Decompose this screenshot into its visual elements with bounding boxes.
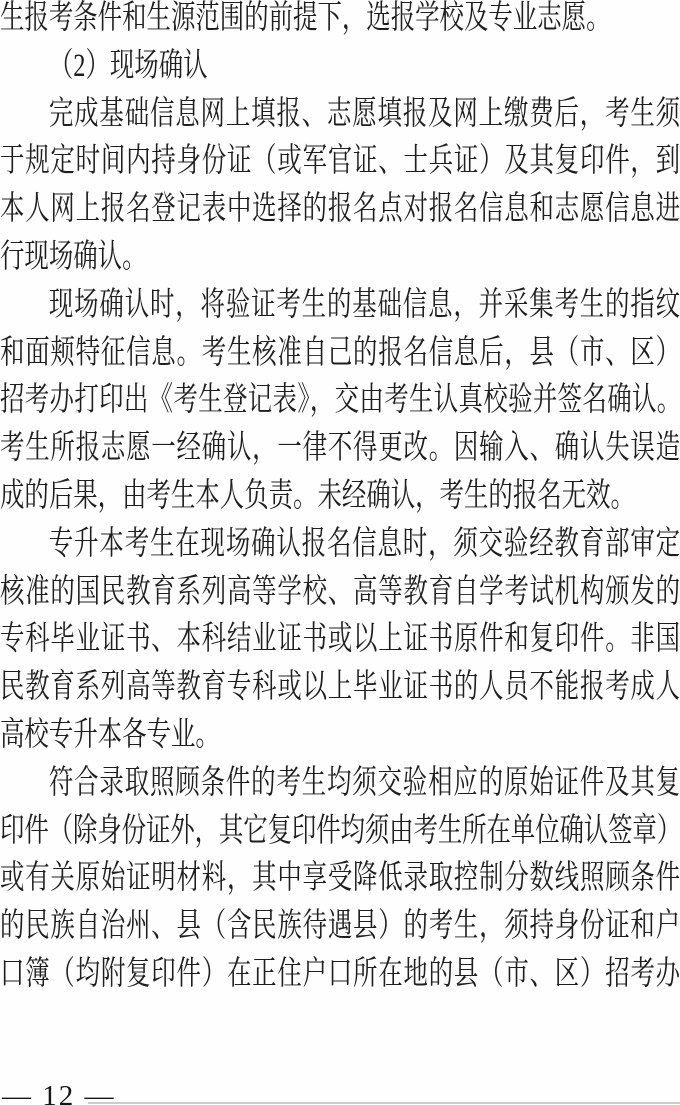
text-line: 于规定时间内持身份证（或军官证、士兵证）及其复印件，到 [0, 138, 680, 186]
text-line: 印件（除身份证外，其它复印件均须由考生所在单位确认签章） [0, 808, 680, 856]
text-line: 专升本考生在现场确认报名信息时，须交验经教育部审定 [0, 521, 680, 569]
document-page-text-block: 生报考条件和生源范围的前提下，选报学校及专业志愿。 （2）现场确认 完成基础信息… [0, 0, 680, 999]
text-line: 成的后果，由考生本人负责。未经确认，考生的报名无效。 [0, 473, 680, 521]
text-line: 符合录取照顾条件的考生均须交验相应的原始证件及其复 [0, 760, 680, 808]
section-heading: （2）现场确认 [0, 43, 680, 91]
text-line: 核准的国民教育系列高等学校、高等教育自学考试机构颁发的 [0, 569, 680, 617]
text-line: 专科毕业证书、本科结业证书或以上证书原件和复印件。非国 [0, 616, 680, 664]
text-line: 或有关原始证明材料，其中享受降低录取控制分数线照顾条件 [0, 855, 680, 903]
text-line: 现场确认时，将验证考生的基础信息，并采集考生的指纹 [0, 282, 680, 330]
text-line: 民教育系列高等教育专科或以上毕业证书的人员不能报考成人 [0, 664, 680, 712]
text-line: 考生所报志愿一经确认，一律不得更改。因输入、确认失误造 [0, 425, 680, 473]
text-line: 口簿（均附复印件）在正住户口所在地的县（市、区）招考办 [0, 951, 680, 999]
text-line: 的民族自治州、县（含民族待遇县）的考生，须持身份证和户 [0, 903, 680, 951]
text-line: 完成基础信息网上填报、志愿填报及网上缴费后，考生须 [0, 91, 680, 139]
text-line: 本人网上报名登记表中选择的报名点对报名信息和志愿信息进 [0, 186, 680, 234]
text-line: 生报考条件和生源范围的前提下，选报学校及专业志愿。 [0, 0, 680, 43]
text-line: 和面颊特征信息。考生核准自己的报名信息后，县（市、区） [0, 330, 680, 378]
text-line: 招考办打印出《考生登记表》，交由考生认真校验并签名确认。 [0, 377, 680, 425]
text-line: 行现场确认。 [0, 234, 680, 282]
text-line: 高校专升本各专业。 [0, 712, 680, 760]
scan-edge-hairline [88, 1102, 680, 1104]
